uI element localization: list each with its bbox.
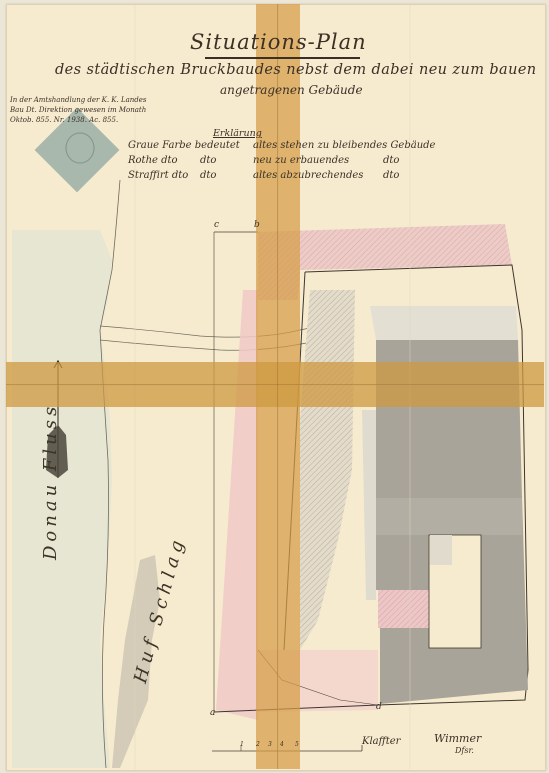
corner-label-c: c xyxy=(214,220,219,230)
river-label: Donau Fluss xyxy=(40,403,61,560)
legend-ditto: dto xyxy=(383,155,399,166)
registry-note-line: Oktob. 855. Nr. 1938. Ac. 855. xyxy=(10,116,118,124)
existing-building-light xyxy=(362,410,376,600)
corner-label-a: a xyxy=(210,708,215,718)
legend-desc: altes abzubrechendes xyxy=(253,170,363,181)
legend-desc: altes stehen zu bleibendes Gebäude xyxy=(253,140,435,151)
existing-building-grey xyxy=(376,498,522,535)
scale-tick-label: 4 xyxy=(280,741,284,748)
legend-label: Straffirt dto xyxy=(128,170,188,181)
plan-subtitle-2: angetragenen Gebäude xyxy=(220,83,363,97)
legend-heading: Erklärung xyxy=(213,128,262,139)
legend-desc: neu zu erbauendes xyxy=(253,155,349,166)
scale-tick-label: 5 xyxy=(295,741,299,748)
demolish-hatched xyxy=(300,290,355,650)
plan-title: Situations-Plan xyxy=(190,30,367,54)
registry-note-line: In der Amtshandlung der K. K. Landes xyxy=(10,96,147,104)
legend-label: Rothe dto xyxy=(128,155,178,166)
registry-note-line: Bau Dt. Direktion gewesen im Monath xyxy=(10,106,146,114)
legend-label: Graue Farbe bedeutet xyxy=(128,140,240,151)
new-building-red xyxy=(216,290,258,720)
scale-unit-label: Klaffter xyxy=(362,736,400,747)
signature-flourish: Dfsr. xyxy=(455,746,474,755)
tape-seam xyxy=(6,384,544,385)
river-area xyxy=(12,230,112,768)
scale-tick-label: 3 xyxy=(268,741,272,748)
title-underline xyxy=(205,57,360,59)
legend-ditto: dto xyxy=(383,170,399,181)
existing-building-light xyxy=(370,306,518,340)
corner-label-b: b xyxy=(254,220,260,230)
legend-ditto: dto xyxy=(200,155,216,166)
courtyard-annex xyxy=(430,535,452,565)
legend-ditto: dto xyxy=(200,170,216,181)
scale-tick-label: 2 xyxy=(256,741,260,748)
corner-label-d: d xyxy=(376,702,382,712)
tape-seam xyxy=(277,4,278,769)
signature: Wimmer xyxy=(434,732,481,745)
plan-subtitle: des städtischen Bruckbaudes nebst dem da… xyxy=(55,62,537,78)
scale-tick-label: 1 xyxy=(240,741,244,748)
